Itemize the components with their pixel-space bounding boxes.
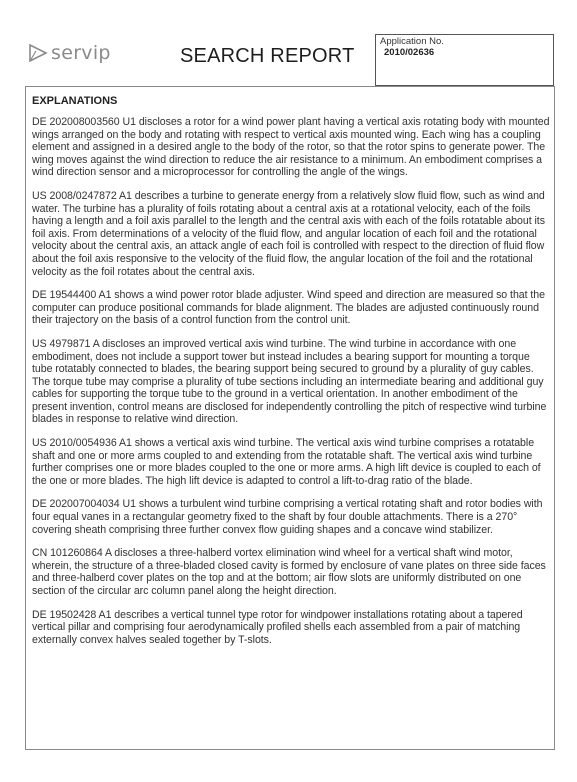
servip-logo: servip [28, 42, 111, 64]
play-triangle-icon [28, 44, 48, 62]
logo-text: servip [51, 42, 111, 64]
application-number: 2010/02636 [384, 47, 549, 58]
citation-paragraph: DE 202008003560 U1 discloses a rotor for… [32, 116, 550, 179]
application-number-box: Application No. 2010/02636 [375, 34, 554, 86]
citation-paragraph: CN 101260864 A discloses a three-halberd… [32, 547, 550, 597]
citation-paragraph: DE 19502428 A1 describes a vertical tunn… [32, 609, 550, 647]
citation-paragraph: DE 202007004034 U1 shows a turbulent win… [32, 498, 550, 536]
section-heading: EXPLANATIONS [32, 95, 550, 107]
citation-paragraph: DE 19544400 A1 shows a wind power rotor … [32, 289, 550, 327]
application-label: Application No. [380, 36, 549, 47]
page-title: SEARCH REPORT [180, 45, 355, 68]
citation-paragraph: US 4979871 A discloses an improved verti… [32, 338, 550, 426]
explanations-section: EXPLANATIONS DE 202008003560 U1 disclose… [25, 86, 555, 750]
citation-paragraph: US 2010/0054936 A1 shows a vertical axis… [32, 437, 550, 487]
citation-paragraph: US 2008/0247872 A1 describes a turbine t… [32, 190, 550, 278]
